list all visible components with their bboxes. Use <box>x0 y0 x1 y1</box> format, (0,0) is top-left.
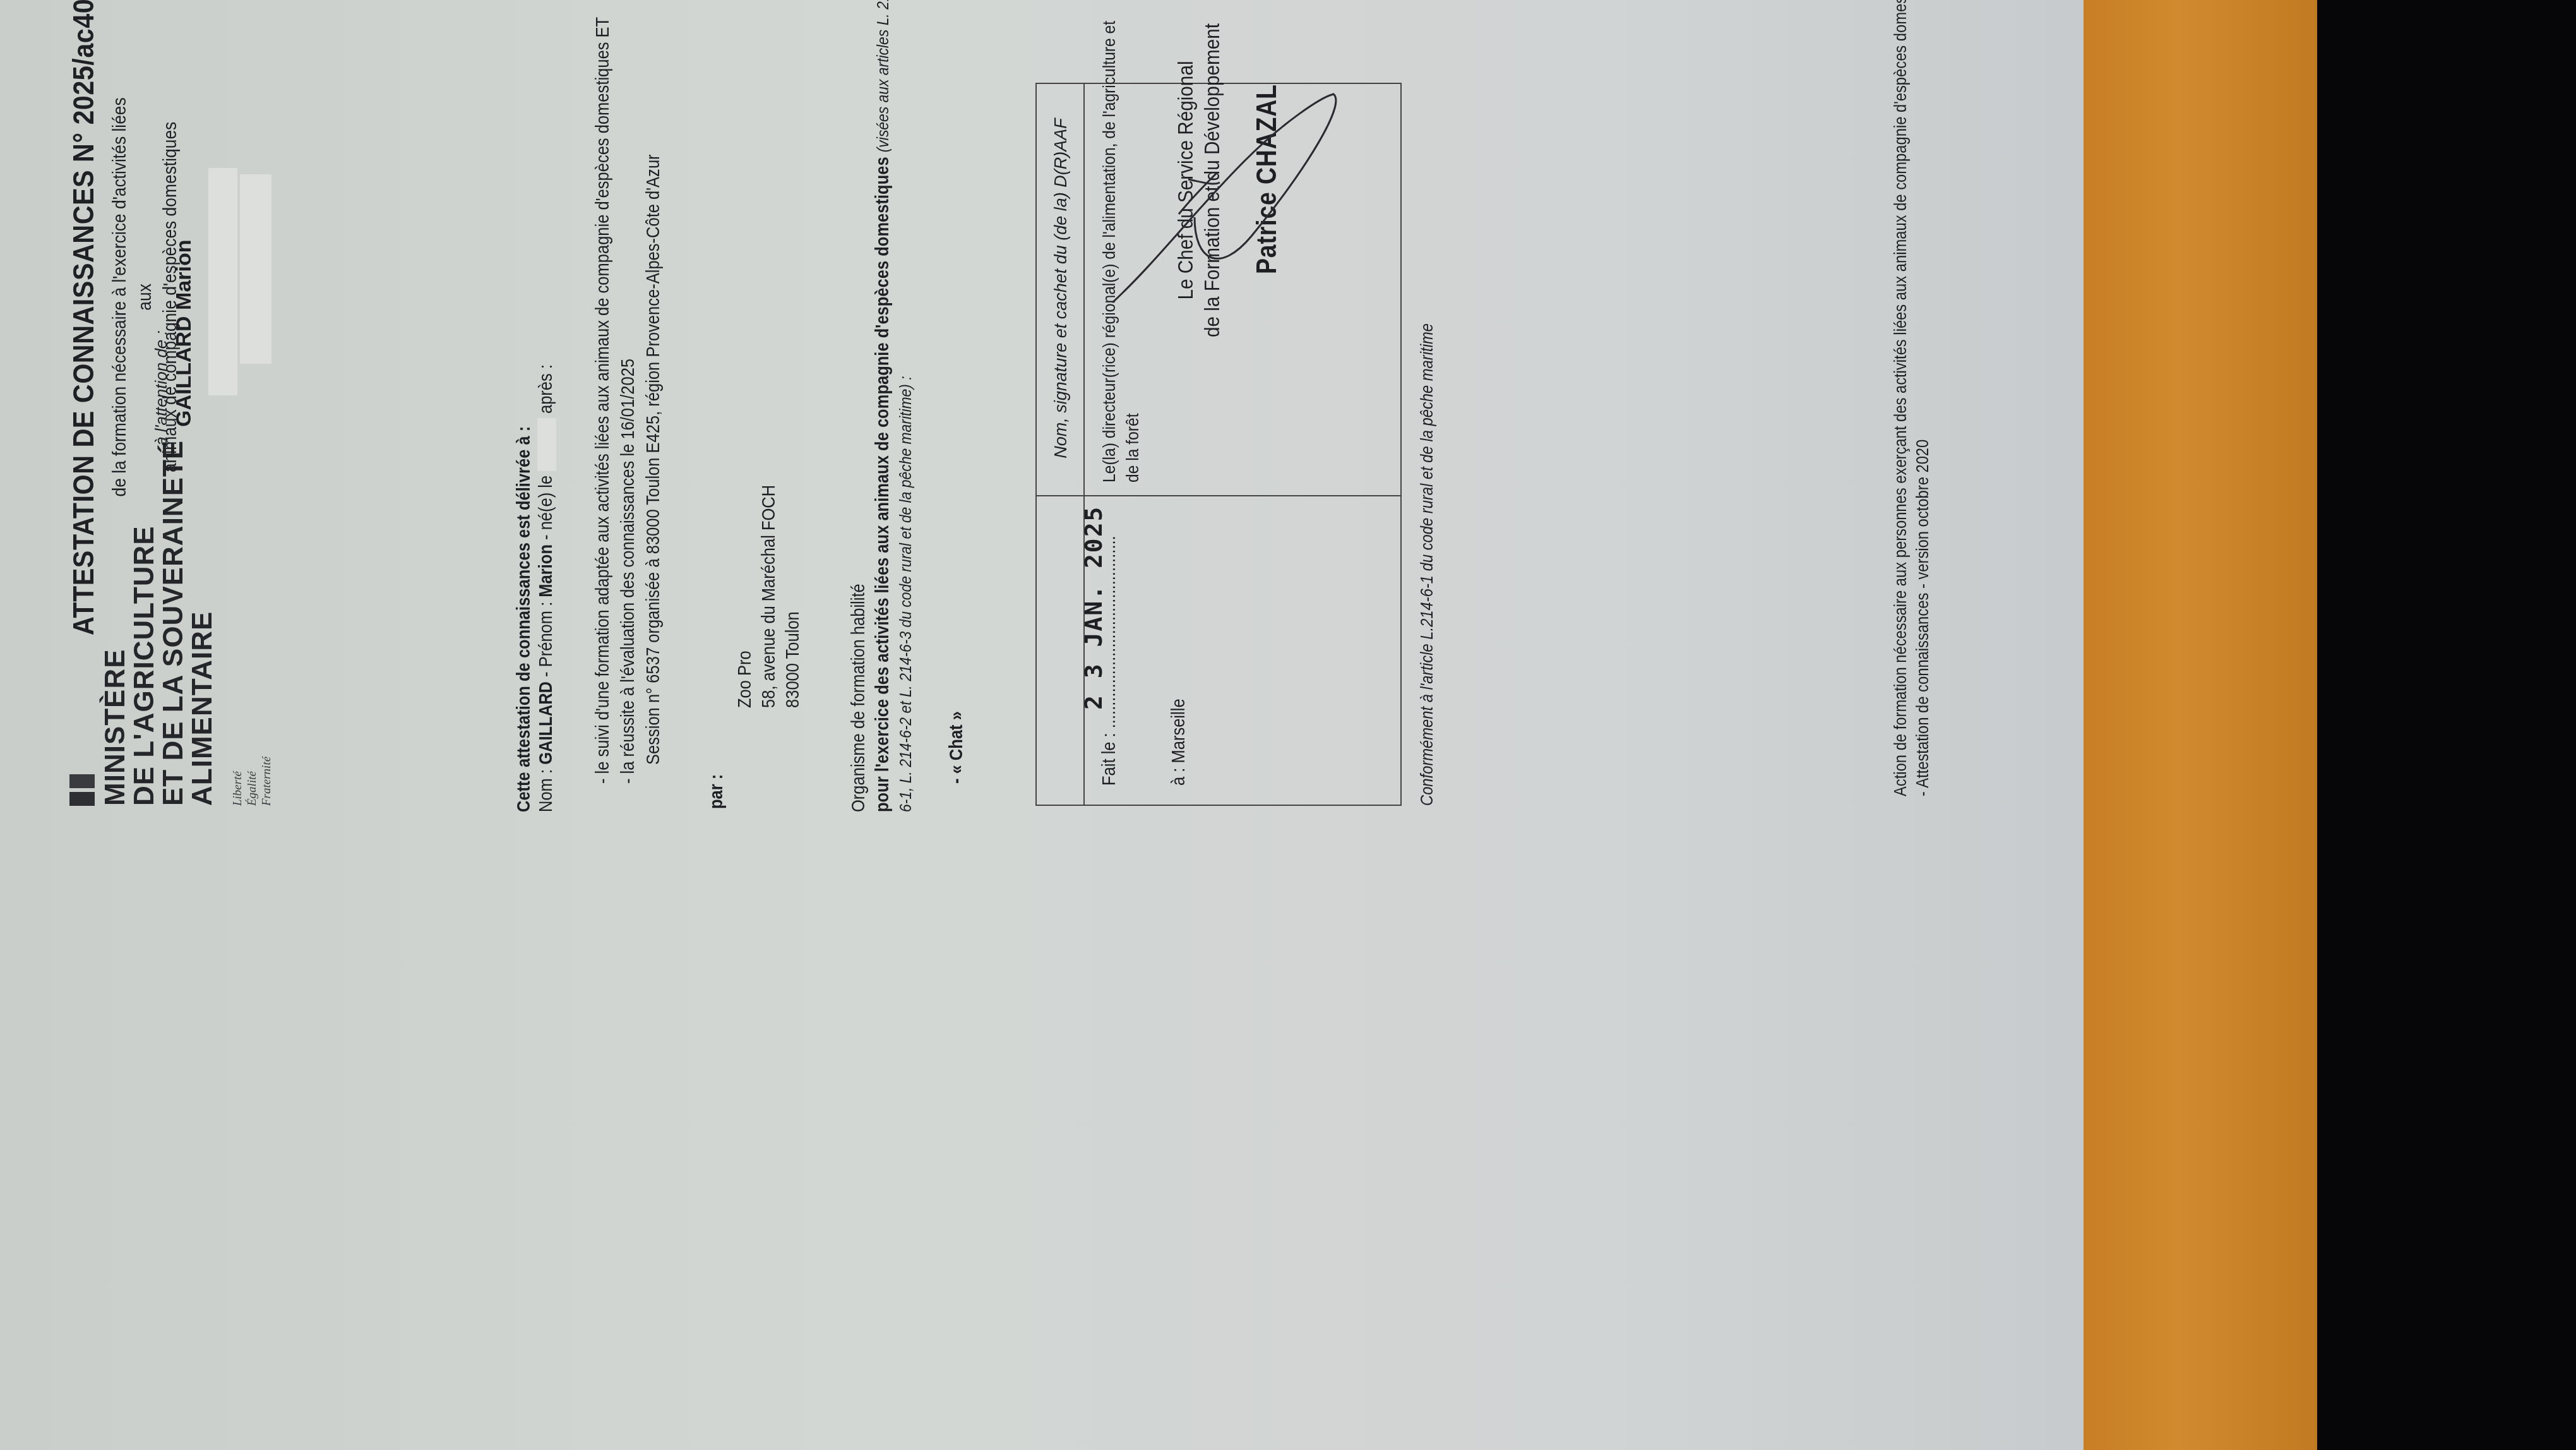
purpose-line: pour l'exercice des activités liées aux … <box>870 0 895 812</box>
attestation-document: MINISTÈRE DE L'AGRICULTURE ET DE LA SOUV… <box>0 0 2084 1450</box>
republic-motto: Liberté Égalité Fraternité <box>230 757 274 806</box>
subtitle-line: de la formation nécessaire à l'exercice … <box>107 92 158 503</box>
attention-label: à l'attention de : <box>152 330 171 446</box>
purpose-bold: pour l'exercice des activités liées aux … <box>873 157 893 812</box>
prenom-value: Marion <box>536 544 556 597</box>
signature-table: Nom, signature et cachet du (de la) D(R)… <box>1035 83 1402 806</box>
organisme-address: 58, avenue du Maréchal FOCH <box>756 485 782 708</box>
motto-line: Égalité <box>245 757 259 806</box>
recipient-identity: Nom : GAILLARD - Prénom : Marion - né(e)… <box>534 364 559 812</box>
birth-label: - né(e) le <box>536 471 556 544</box>
nom-label: Nom : <box>536 765 556 812</box>
desk-dark-background <box>2317 0 2576 1450</box>
redacted-address-line <box>240 174 271 364</box>
redacted-address-line <box>208 168 237 395</box>
par-label: par : <box>704 774 729 809</box>
redacted-birthdate <box>537 418 556 471</box>
ministry-line: ALIMENTAIRE <box>188 440 217 806</box>
page-title: ATTESTATION DE CONNAISSANCES N° 2025/ac4… <box>66 0 100 635</box>
organisme-city: 83000 Toulon <box>780 611 806 708</box>
species-item: - « Chat » <box>944 711 969 784</box>
conformity-note: Conformément à l'article L.214-6-1 du co… <box>1414 323 1440 806</box>
nom-value: GAILLARD <box>536 681 556 765</box>
footer-line: - Attestation de connaissances - version… <box>1910 440 1935 796</box>
organisme-name: Zoo Pro <box>732 650 758 708</box>
after-label: après : <box>536 364 556 418</box>
condition-line: - la réussite à l'évaluation des connais… <box>616 359 641 784</box>
handwritten-signature-icon <box>1037 81 1403 805</box>
purpose-articles-cont: 6-1, L. 214-6-2 et L. 214-6-3 du code ru… <box>893 376 918 812</box>
condition-line: - le suivi d'une formation adaptée aux a… <box>590 17 616 784</box>
motto-line: Liberté <box>230 757 245 806</box>
marianne-flag-icon <box>69 774 95 806</box>
recipient-intro: Cette attestation de connaissances est d… <box>511 426 537 812</box>
prenom-label: - Prénom : <box>536 597 556 681</box>
purpose-articles: (visées aux articles L. 214- <box>873 0 892 152</box>
habilite-label: Organisme de formation habilité <box>846 584 871 812</box>
desk-orange-strip <box>2084 0 2317 1450</box>
attention-name: GAILLARD Marion <box>172 239 196 427</box>
footer-line: Action de formation nécessaire aux perso… <box>1888 0 1913 796</box>
session-line: Session n° 6537 organisée à 83000 Toulon… <box>641 154 666 765</box>
motto-line: Fraternité <box>259 757 274 806</box>
